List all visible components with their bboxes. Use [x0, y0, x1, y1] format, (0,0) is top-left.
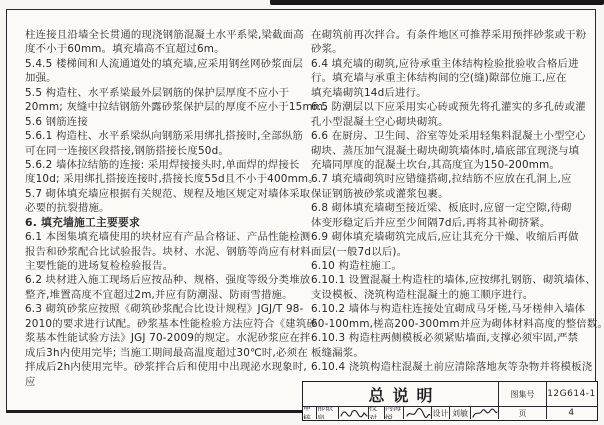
- title-block: 总说明 图集号 12G614-1 审核 郁银泉 校对 冯海悦 设计 刘敏 页 4: [302, 381, 598, 421]
- sheet-title: 总说明: [303, 382, 498, 406]
- reviewer-signature-icon: [338, 407, 368, 419]
- designer-name: 刘敏: [449, 407, 470, 419]
- proofreader-signature-icon: [403, 407, 431, 419]
- text-line: 柱连接且沿墙全长贯通的现浇钢筋混凝土水平系梁,梁截面高: [25, 28, 311, 42]
- text-line: 6.5 防潮层以下应采用实心砖或预先将孔灌实的多孔砖或灌: [311, 100, 593, 114]
- text-line: 6.10.1 设置混凝土构造柱的墙体,应按绑扎钢筋、砌筑墙体、: [311, 273, 593, 287]
- text-line: 6.10 构造柱施工。: [311, 259, 593, 273]
- text-line: 6.1 本图集填充墙使用的块材应有产品合格证、产品性能检测: [25, 230, 311, 244]
- text-line: 板缝漏浆。: [311, 346, 593, 360]
- text-line: 度10d; 采用绑扎搭接连接时,搭接长度55d且不小于400mm。: [25, 172, 311, 186]
- text-line: 孔小型混凝土空心砌块砌筑。: [311, 115, 593, 129]
- text-line: 砂浆。: [311, 42, 593, 56]
- text-line: 浆基本性能试验方法》JGJ 70-2009的规定。水泥砂浆应在拌: [25, 331, 311, 345]
- text-line: 成后3h内使用完毕; 当施工期间最高温度超过30℃时,必须在: [25, 346, 311, 360]
- right-column-lines: 在砌筑前再次拌合。有条件地区可推荐采用预拌砂浆或干粉砂浆。6.4 填充墙的砌筑,…: [311, 28, 593, 375]
- text-line: 支设模板、浇筑构造柱混凝土的施工顺序进行。: [311, 288, 593, 302]
- text-line: 体变形稳定后并应至少间隔7d后,再将其补砌挤紧。: [311, 216, 593, 230]
- text-line: 6.10.4 浇筑构造柱混凝土前应清除落地灰等杂物并将模板浇: [311, 360, 593, 374]
- scan-artifact-top: [270, 0, 604, 5]
- page-number: 4: [546, 407, 596, 419]
- text-line: 6.8 砌体填充墙砌至接近梁、板底时,应留一定空隙,待砌: [311, 201, 593, 215]
- text-line: 行。填充墙与承重主体结构间的空(缝)隙部位施工,应在: [311, 71, 593, 85]
- title-block-top-row: 总说明 图集号 12G614-1: [303, 382, 597, 406]
- atlas-number-value: 12G614-1: [546, 382, 596, 406]
- text-line: 6.3 砌筑砂浆应按照《砌筑砂浆配合比设计规程》JGJ/T 98-: [25, 302, 311, 316]
- text-line: 主要性能的进场复检检验报告。: [25, 259, 311, 273]
- text-line: 保证钢筋被砂浆或灌浆包裹。: [311, 187, 593, 201]
- designer-signature-icon: [470, 407, 498, 419]
- text-line: 5.6 钢筋连接: [25, 115, 311, 129]
- text-line: 5.6.2 墙体拉结筋的连接: 采用焊接接头时,单面焊的焊接长: [25, 158, 311, 172]
- text-line: 20mm; 灰缝中拉结钢筋外露砂浆保护层的厚度不应小于15mm。: [25, 100, 311, 114]
- proofreader-name: 冯海悦: [384, 407, 403, 419]
- text-line: 充墙同厚度的混凝土坎台,其高度宜为150-200mm。: [311, 158, 593, 172]
- text-line: 在砌筑前再次拌合。有条件地区可推荐采用预拌砂浆或干粉: [311, 28, 593, 42]
- left-column-part1: 柱连接且沿墙全长贯通的现浇钢筋混凝土水平系梁,梁截面高度不小于60mm。填充墙高…: [25, 28, 311, 216]
- designer-role-label: 设计: [431, 407, 449, 419]
- page-bottom-rule: [6, 410, 304, 413]
- text-line: 拌成后2h内使用完毕。砂浆拌合后和使用中出现泌水现象时,: [25, 360, 311, 374]
- text-line: 5.6.1 构造柱、水平系梁纵向钢筋采用绑扎搭接时,全部纵筋: [25, 129, 311, 143]
- text-line: 必要的抗裂措施。: [25, 201, 311, 215]
- text-line: 加强。: [25, 71, 311, 85]
- title-block-bottom-row: 审核 郁银泉 校对 冯海悦 设计 刘敏 页 4: [303, 406, 597, 419]
- text-line: 5.4.5 楼梯间和人流通道处的填充墙,应采用钢丝网砂浆面层: [25, 57, 311, 71]
- text-line: 5.5 构造柱、水平系梁最外层钢筋的保护层厚度不应小于: [25, 86, 311, 100]
- left-column-part2: 6.1 本图集填充墙使用的块材应有产品合格证、产品性能检测报告和砂浆配合比试验报…: [25, 230, 311, 389]
- text-line: 整齐,堆置高度不宜超过2m,并应有防潮湿、防雨雪措施。: [25, 288, 311, 302]
- text-line: 6.10.3 构造柱两侧模板必须紧贴墙面,支撑必须牢固,严禁: [311, 331, 593, 345]
- text-line: 应: [25, 375, 311, 389]
- text-line: 报告和砂浆配合比试验报告。块材、水泥、钢筋等尚应有材料: [25, 245, 311, 259]
- section-heading: 6. 填充墙施工主要要求: [25, 216, 311, 230]
- text-line: 6.9 砌体填充墙砌筑完成后,应让其充分干燥、收缩后再做: [311, 230, 593, 244]
- text-line: 面层(一般7d以后)。: [311, 245, 593, 259]
- left-text-column: 柱连接且沿墙全长贯通的现浇钢筋混凝土水平系梁,梁截面高度不小于60mm。填充墙高…: [25, 28, 311, 389]
- text-line: 6.10.2 墙体与构造柱连接处宜砌成马牙槎,马牙槎伸入墙体: [311, 302, 593, 316]
- text-line: 6.6 在厨房、卫生间、浴室等处采用轻集料混凝土小型空心: [311, 129, 593, 143]
- atlas-number-label: 图集号: [498, 382, 546, 406]
- text-line: 2010的要求进行试配。砂浆基本性能检验方法应符合《建筑砂: [25, 317, 311, 331]
- text-line: 60-100mm,槎高200-300mm并应为砌体材料高度的整倍数。: [311, 317, 593, 331]
- reviewer-role-label: 审核: [303, 407, 316, 419]
- right-text-column: 在砌筑前再次拌合。有条件地区可推荐采用预拌砂浆或干粉砂浆。6.4 填充墙的砌筑,…: [311, 28, 593, 375]
- text-line: 5.7 砌体填充墙应根据有关规范、规程及地区规定对墙体采取: [25, 187, 311, 201]
- proofreader-role-label: 校对: [368, 407, 384, 419]
- text-line: 填充墙砌筑14d后进行。: [311, 86, 593, 100]
- text-line: 6.4 填充墙的砌筑,应待承重主体结构检验批验收合格后进: [311, 57, 593, 71]
- text-line: 砌块、蒸压加气混凝土砌块砌筑墙体时,墙底部宜现浇与填: [311, 144, 593, 158]
- text-line: 6.7 填充墙砌筑时应错缝搭砌,拉结筋不应放在孔洞上,应: [311, 172, 593, 186]
- text-line: 度不小于60mm。填充墙高不宜超过6m。: [25, 42, 311, 56]
- page-label: 页: [498, 407, 546, 419]
- text-line: 6.2 块材进入施工现场后应按品种、规格、强度等级分类堆放: [25, 273, 311, 287]
- reviewer-name: 郁银泉: [316, 407, 338, 419]
- text-line: 可在同一连接区段搭接,钢筋搭接长度50d。: [25, 144, 311, 158]
